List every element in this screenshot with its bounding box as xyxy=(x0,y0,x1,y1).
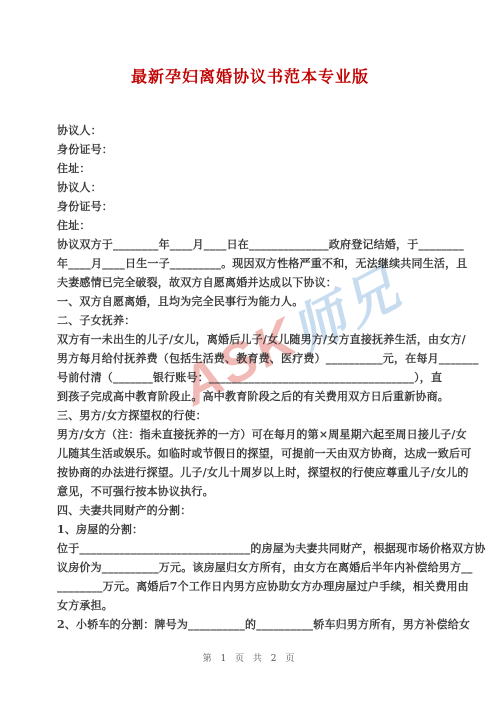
document-line: 双方有一未出生的儿子/女儿，离婚后儿子/女儿随男方/女方直接抚养生活，由女方/ xyxy=(57,330,447,349)
document-line: 意见，不可强行按本协议执行。 xyxy=(57,482,447,501)
page-footer: 第 1 页 共 2 页 xyxy=(0,651,500,664)
document-line: 住址： xyxy=(57,159,447,178)
document-line: 协议双方于________年____月____日在______________政… xyxy=(57,235,447,254)
document-line: 协议人： xyxy=(57,178,447,197)
document-line: 年____月____日生一子_________。现因双方性格严重不和，无法继续共… xyxy=(57,254,447,273)
document-line: 按协商的办法进行探望。儿子/女儿十周岁以上时，探望权的行使应尊重儿子/女儿的 xyxy=(57,463,447,482)
document-line: 位于______________________________的房屋为夫妻共同… xyxy=(57,539,447,558)
document-line: 男方/女方（注：指未直接抚养的一方）可在每月的第×周星期六起至周日接儿子/女 xyxy=(57,425,447,444)
document-line: 住址： xyxy=(57,216,447,235)
document-line: 夫妻感情已完全破裂，故双方自愿离婚并达成以下协议： xyxy=(57,273,447,292)
document-page: 最新孕妇离婚协议书范本专业版 ASK师兄 协议人： 身份证号： 住址： 协议人：… xyxy=(0,0,500,706)
document-line: 儿随其生活或娱乐。如临时或节假日的探望，可提前一天由双方协商，达成一致后可 xyxy=(57,444,447,463)
document-line: 2、小轿车的分割：牌号为__________的__________轿车归男方所有… xyxy=(57,615,447,634)
document-line: 身份证号： xyxy=(57,140,447,159)
document-body: 协议人： 身份证号： 住址： 协议人： 身份证号： 住址： 协议双方于_____… xyxy=(57,121,447,634)
document-line: 二、子女抚养： xyxy=(57,311,447,330)
document-line: 一、双方自愿离婚，且均为完全民事行为能力人。 xyxy=(57,292,447,311)
document-title: 最新孕妇离婚协议书范本专业版 xyxy=(0,64,500,87)
document-line: 协议人： xyxy=(57,121,447,140)
document-line: 四、夫妻共同财产的分割： xyxy=(57,501,447,520)
document-line: 女方承担。 xyxy=(57,596,447,615)
document-line: ________万元。离婚后7个工作日内男方应协助女方办理房屋过户手续，相关费用… xyxy=(57,577,447,596)
document-line: 身份证号： xyxy=(57,197,447,216)
document-line: 议房价为__________万元。该房屋归女方所有，由女方在离婚后半年内补偿给男… xyxy=(57,558,447,577)
document-line: 1、房屋的分割： xyxy=(57,520,447,539)
document-line: 三、男方/女方探望权的行使： xyxy=(57,406,447,425)
document-line: 男方每月给付抚养费（包括生活费、教育费、医疗费）__________元，在每月_… xyxy=(57,349,447,368)
document-line: 号前付清（_______银行账号：_______________________… xyxy=(57,368,447,387)
document-line: 到孩子完成高中教育阶段止。高中教育阶段之后的有关费用双方日后重新协商。 xyxy=(57,387,447,406)
